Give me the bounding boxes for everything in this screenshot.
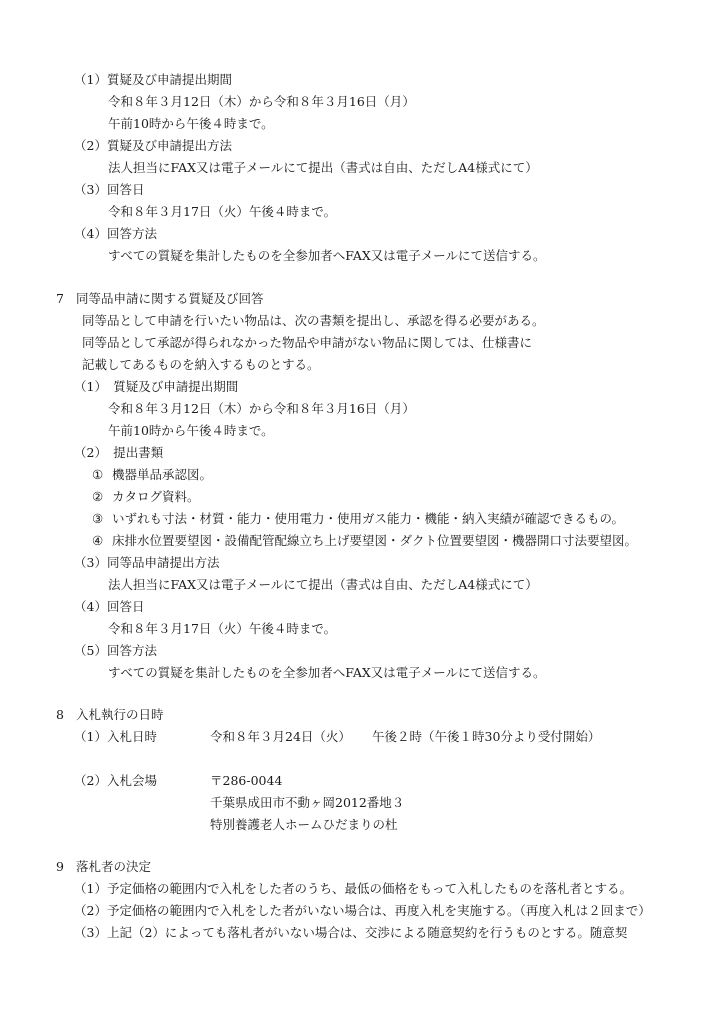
s7-item1-line1: 令和８年３月12日（木）から令和８年３月16日（月）	[108, 401, 415, 417]
s7-item2-label: （2） 提出書類	[74, 445, 163, 461]
s7-sub2-text: カタログ資料。	[112, 489, 200, 505]
s9-item3: （3）上記（2）によっても落札者がいない場合は、交渉による随意契約を行うものとす…	[74, 925, 627, 941]
s7-intro-line2: 同等品として承認が得られなかった物品や申請がない物品に関しては、仕様書に	[82, 335, 532, 351]
s8-venue-postal: 〒286-0044	[210, 773, 282, 789]
s9-number: 9	[56, 859, 64, 875]
s7-sub4-mark: ④	[92, 533, 103, 549]
s7-item3-line1: 法人担当にFAX又は電子メールにて提出（書式は自由、ただしA4様式にて）	[108, 577, 538, 593]
s7-item3-label: （3）同等品申請提出方法	[74, 555, 219, 571]
s6-item4-label: （4）回答方法	[74, 226, 157, 242]
s7-item5-label: （5）回答方法	[74, 643, 157, 659]
s8-title: 入札執行の日時	[76, 707, 164, 723]
s7-title: 同等品申請に関する質疑及び回答	[76, 291, 264, 307]
s8-venue-address: 千葉県成田市不動ヶ岡2012番地３	[210, 795, 404, 811]
s7-number: 7	[56, 291, 64, 307]
s7-item4-line1: 令和８年３月17日（火）午後４時まで。	[108, 621, 336, 637]
s6-item4-line1: すべての質疑を集計したものを全参加者へFAX又は電子メールにて送信する。	[108, 248, 546, 264]
s6-item3-line1: 令和８年３月17日（火）午後４時まで。	[108, 204, 336, 220]
s7-sub3-text: いずれも寸法・材質・能力・使用電力・使用ガス能力・機能・納入実績が確認できるもの…	[112, 511, 624, 527]
s7-sub1-text: 機器単品承認図。	[112, 467, 212, 483]
s7-sub4-text: 床排水位置要望図・設備配管配線立ち上げ要望図・ダクト位置要望図・機器開口寸法要望…	[112, 533, 637, 549]
s6-item1-line2: 午前10時から午後４時まで。	[108, 116, 274, 132]
s6-item1-label: （1）質疑及び申請提出期間	[74, 72, 232, 88]
s9-item1: （1）予定価格の範囲内で入札をした者のうち、最低の価格をもって入札したものを落札…	[74, 881, 632, 897]
s8-number: 8	[56, 707, 64, 723]
s8-time-value: 午後２時（午後１時30分より受付開始）	[372, 729, 600, 745]
s7-intro-line3: 記載してあるものを納入するものとする。	[82, 357, 320, 373]
s6-item2-label: （2）質疑及び申請提出方法	[74, 138, 232, 154]
s6-item1-line1: 令和８年３月12日（木）から令和８年３月16日（月）	[108, 94, 415, 110]
s7-sub1-mark: ①	[92, 467, 103, 483]
s7-item4-label: （4）回答日	[74, 599, 144, 615]
s7-item1-line2: 午前10時から午後４時まで。	[108, 423, 274, 439]
s9-item2: （2）予定価格の範囲内で入札をした者がいない場合は、再度入札を実施する。（再度入…	[74, 903, 651, 919]
s7-sub3-mark: ③	[92, 511, 103, 527]
s8-venue-label: （2）入札会場	[74, 773, 157, 789]
s8-date-label: （1）入札日時	[74, 729, 157, 745]
s6-item2-line1: 法人担当にFAX又は電子メールにて提出（書式は自由、ただしA4様式にて）	[108, 160, 538, 176]
s7-item1-label: （1） 質疑及び申請提出期間	[74, 379, 238, 395]
s7-intro-line1: 同等品として申請を行いたい物品は、次の書類を提出し、承認を得る必要がある。	[82, 313, 545, 329]
s7-item5-line1: すべての質疑を集計したものを全参加者へFAX又は電子メールにて送信する。	[108, 665, 546, 681]
s8-venue-facility: 特別養護老人ホームひだまりの杜	[210, 817, 398, 833]
s8-date-value: 令和８年３月24日（火）	[210, 729, 351, 745]
s6-item3-label: （3）回答日	[74, 182, 144, 198]
s9-title: 落札者の決定	[76, 859, 151, 875]
s7-sub2-mark: ②	[92, 489, 103, 505]
